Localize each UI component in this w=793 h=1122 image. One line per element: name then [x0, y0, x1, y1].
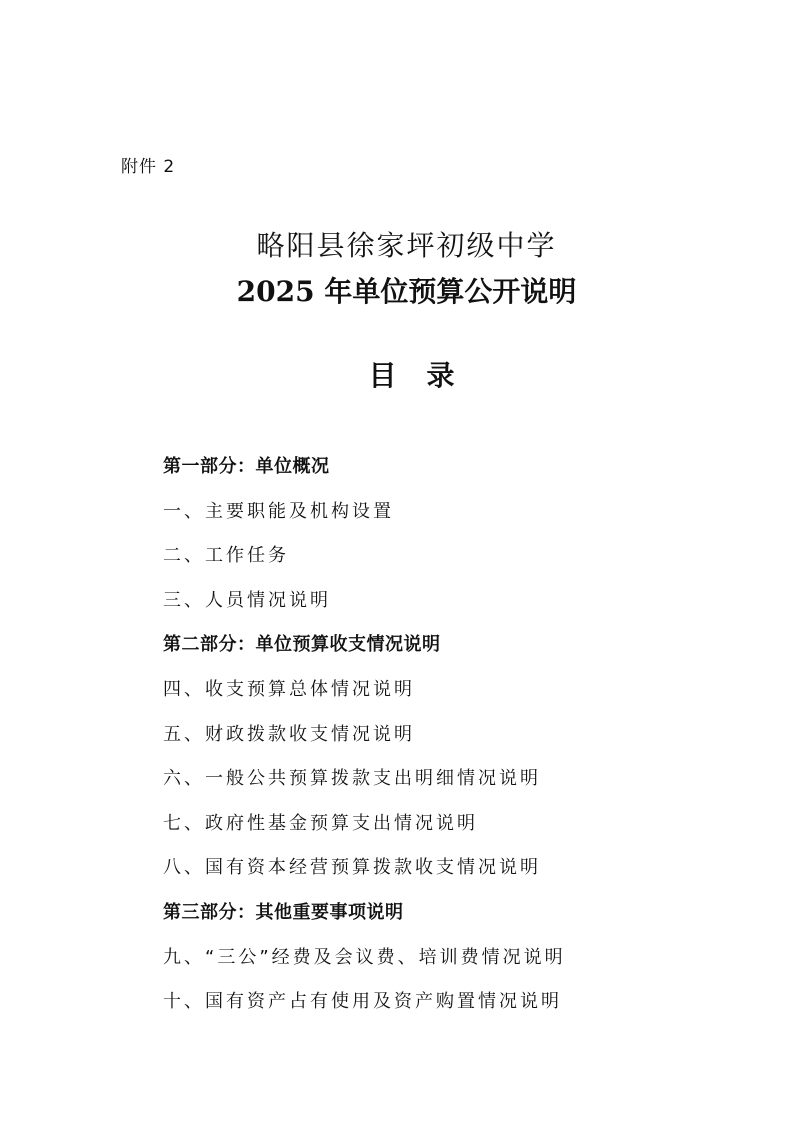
toc-item: 一、主要职能及机构设置 [163, 499, 566, 544]
toc-part-2: 第二部分：单位预算收支情况说明 [163, 632, 566, 677]
toc-item: 六、一般公共预算拨款支出明细情况说明 [163, 766, 566, 811]
document-title-main: 2025 年单位预算公开说明 [0, 270, 793, 310]
toc-part-1: 第一部分：单位概况 [163, 454, 566, 499]
toc-item: 九、“三公”经费及会议费、培训费情况说明 [163, 945, 566, 990]
document-title-unit: 略阳县徐家坪初级中学 [0, 224, 793, 264]
table-of-contents: 第一部分：单位概况 一、主要职能及机构设置 二、工作任务 三、人员情况说明 第二… [163, 454, 566, 1034]
toc-heading: 目录 [0, 354, 793, 394]
toc-part-3: 第三部分：其他重要事项说明 [163, 900, 566, 945]
toc-item: 三、人员情况说明 [163, 588, 566, 633]
toc-item: 二、工作任务 [163, 543, 566, 588]
toc-item: 十、国有资产占有使用及资产购置情况说明 [163, 989, 566, 1034]
toc-item: 五、财政拨款收支情况说明 [163, 722, 566, 767]
toc-item: 四、收支预算总体情况说明 [163, 677, 566, 722]
attachment-label: 附件 2 [121, 152, 175, 177]
toc-item: 七、政府性基金预算支出情况说明 [163, 811, 566, 856]
toc-item: 八、国有资本经营预算拨款收支情况说明 [163, 855, 566, 900]
